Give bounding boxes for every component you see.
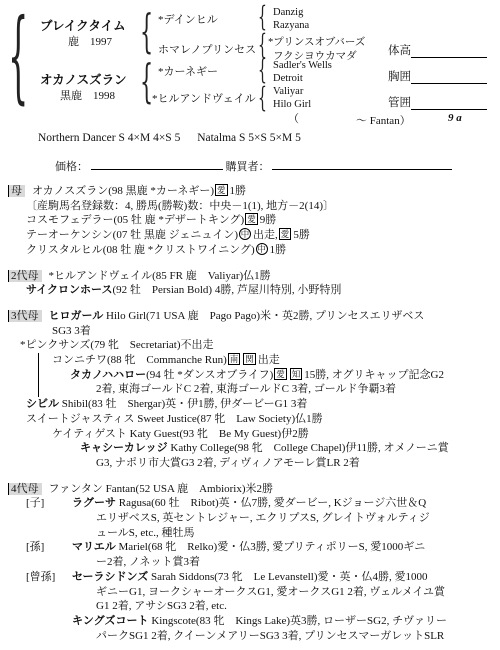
pedigree-line: 〔産駒馬名登録数：4, 勝馬(勝鞍)数：中央－1(1), 地方－2(14)〕 bbox=[0, 199, 500, 214]
text-segment: *ヒルアンドヴェイル(85 FR 鹿 Valiyar)仏1勝 bbox=[49, 270, 271, 282]
sire-sire-brace bbox=[258, 3, 267, 31]
dam-dam: *ヒルアンドヴェイル bbox=[152, 90, 256, 106]
pedigree-line: 3代母ヒロガール Hilo Girl(71 USA 鹿 Pago Pago)米・… bbox=[0, 309, 500, 324]
inbreeding-natalma: Natalma S 5×S 5×M 5 bbox=[197, 132, 301, 144]
region-mark: 知 bbox=[290, 368, 303, 380]
family-number: 9 a bbox=[448, 112, 462, 124]
relation-tag: [孫] bbox=[26, 540, 72, 555]
text-segment: Hilo Girl(71 USA 鹿 Pago Pago)米・英2勝, プリンセ… bbox=[103, 310, 424, 322]
pedigree-line: 2着, 東海ゴールドC 2着, 東海ゴールドC 3着, ゴールド争覇3着 bbox=[0, 382, 500, 397]
sire-name: ブレイクタイム bbox=[40, 16, 126, 34]
text-segment: Shibil(83 牡 Shergar)英・伊1勝, 伊ダービーG1 3着 bbox=[59, 398, 307, 410]
pedigree-line: シビル Shibil(83 牡 Shergar)英・伊1勝, 伊ダービーG1 3… bbox=[0, 397, 500, 412]
pedigree-line: コスモフェデラー(05 牡 鹿 *デザートキング)愛9勝 bbox=[0, 213, 500, 228]
text-segment: コスモフェデラー(05 牡 鹿 *デザートキング) bbox=[26, 214, 244, 226]
pedigree-line: [子]ラグーサ Ragusa(60 牡 Ribot)英・仏7勝, 愛ダービー, … bbox=[0, 496, 500, 511]
height-label: 体高 bbox=[388, 42, 411, 58]
pedigree-line: [孫]マリエル Mariel(68 牝 Relko)愛・仏3勝, 愛プリティポリ… bbox=[0, 540, 500, 555]
text-segment: 9勝 bbox=[260, 214, 277, 226]
pedigree-line: [曾孫]セーラシドンズ Sarah Siddons(73 牝 Le Levans… bbox=[0, 570, 500, 585]
sire-sire: *デインヒル bbox=[158, 11, 218, 27]
pedigree-line: 2代母*ヒルアンドヴェイル(85 FR 鹿 Valiyar)仏1勝 bbox=[0, 269, 500, 284]
relation-tag: [曾孫] bbox=[26, 570, 72, 585]
pedigree-line: G1 2着, アサシSG3 2着, etc. bbox=[0, 599, 500, 614]
jra-mark: 中 bbox=[239, 228, 251, 240]
cannon-blank bbox=[411, 97, 487, 110]
text-segment: エリザベスS, 英セントレジャー, エクリプスS, グレイトヴォルティジ bbox=[96, 512, 430, 524]
text-segment: 出走 bbox=[258, 354, 280, 366]
text-segment: クリスタルヒル(08 牡 鹿 *クリストワイニング) bbox=[26, 244, 255, 256]
pedigree-line: コンニチワ(88 牝 Commanche Run)南関出走 bbox=[0, 353, 500, 368]
pedigree-line: *ピンクサンズ(79 牝 Secretariat)不出走 bbox=[0, 338, 500, 353]
ggp-valiyar: Valiyar bbox=[273, 86, 303, 97]
section-granddam: 2代母*ヒルアンドヴェイル(85 FR 鹿 Valiyar)仏1勝サイクロンホー… bbox=[0, 269, 500, 298]
girth-label: 胸囲 bbox=[388, 68, 411, 84]
section-label-dam: 母 bbox=[8, 185, 25, 197]
horse-name: ヒロガール bbox=[49, 310, 104, 322]
horse-name: キングズコート bbox=[72, 615, 149, 627]
pedigree-line: クリスタルヒル(08 牡 鹿 *クリストワイニング)中1勝 bbox=[0, 243, 500, 258]
pedigree-line: キャシーカレッジ Kathy College(98 牝 College Chap… bbox=[0, 441, 500, 456]
measurement-girth: 胸囲 bbox=[388, 68, 487, 84]
horse-name: マリエル bbox=[72, 541, 116, 553]
inbreeding-northern-dancer: Northern Dancer S 4×M 4×S 5 bbox=[38, 132, 180, 144]
text-segment: Mariel(68 牝 Relko)愛・仏3勝, 愛プリティポリーS, 愛100… bbox=[116, 541, 426, 553]
text-segment: パークSG1 2着, クイーンメアリーSG3 3着, プリンセスマーガレットSL… bbox=[96, 630, 444, 642]
sale-row: 価格： 購買者： bbox=[0, 157, 500, 173]
pedigree-line: スイートジャスティス Sweet Justice(87 牝 Law Societ… bbox=[0, 412, 500, 427]
text-segment: 1勝 bbox=[230, 185, 247, 197]
pedigree-line: ー2着, ノネット賞3着 bbox=[0, 555, 500, 570]
dam-color-year: 黒鹿 1998 bbox=[60, 87, 115, 103]
ggp-danzig: Danzig bbox=[273, 7, 303, 18]
cannon-label: 管囲 bbox=[388, 94, 411, 110]
family-line-text: ～ Fantan） bbox=[356, 112, 411, 128]
text-segment: 出走, bbox=[253, 229, 278, 241]
dam-sire-brace bbox=[258, 56, 267, 84]
region-mark: 関 bbox=[243, 353, 256, 365]
text-segment: G3, ナポリ市大賞G3 2着, ディヴィノアモーレ賞LR 2着 bbox=[96, 457, 360, 469]
price-blank bbox=[91, 157, 223, 170]
girth-blank bbox=[411, 71, 487, 84]
text-segment: 5勝 bbox=[293, 229, 310, 241]
horse-name: キャシーカレッジ bbox=[80, 442, 168, 454]
family-open-paren: （ bbox=[288, 110, 299, 126]
sire-brace bbox=[140, 8, 153, 54]
pedigree-line: タカノハハロー(94 牡 *ダンスオブライフ)愛知15勝, オグリキャップ記念G… bbox=[0, 368, 500, 383]
section-label-granddam: 2代母 bbox=[8, 270, 42, 282]
region-mark: 愛 bbox=[245, 213, 258, 225]
dam-dam-brace bbox=[258, 84, 267, 112]
horse-name: サイクロンホース bbox=[26, 284, 112, 296]
ggp-hilo-girl: Hilo Girl bbox=[273, 99, 311, 110]
text-segment: (92 牡 Persian Bold) 4勝, 芦屋川特別, 小野特別 bbox=[112, 284, 341, 296]
ggp-razyana: Razyana bbox=[273, 20, 309, 31]
jra-mark: 中 bbox=[256, 243, 268, 255]
pedigree-line: パークSG1 2着, クイーンメアリーSG3 3着, プリンセスマーガレットSL… bbox=[0, 629, 500, 644]
text-segment: スイートジャスティス Sweet Justice(87 牝 Law Societ… bbox=[26, 413, 323, 425]
text-segment: Ragusa(60 牡 Ribot)英・仏7勝, 愛ダービー, Kジョージ六世＆… bbox=[116, 497, 426, 509]
section-4th-dam: 4代母ファンタン Fantan(52 USA 鹿 Ambiorix)米2勝[子]… bbox=[0, 482, 500, 644]
pedigree-line: ケイティゲスト Katy Guest(93 牝 Be My Guest)伊2勝 bbox=[0, 427, 500, 442]
section-label-3rd-dam: 3代母 bbox=[8, 310, 42, 322]
text-segment: コンニチワ(88 牝 Commanche Run) bbox=[52, 354, 227, 366]
pedigree-line: ギニーG1, ヨークシャーオークスG1, 愛オークスG1 2着, ヴェルメイユ賞 bbox=[0, 585, 500, 600]
measurement-height: 体高 bbox=[388, 42, 487, 58]
horse-name: タカノハハロー bbox=[70, 369, 146, 381]
dam-sire: *カーネギー bbox=[158, 63, 218, 79]
pedigree-page: ブレイクタイム 鹿 1997 オカノスズラン 黒鹿 1998 *デインヒル ホマ… bbox=[0, 0, 500, 650]
text-segment: ケイティゲスト Katy Guest(93 牝 Be My Guest)伊2勝 bbox=[52, 428, 309, 440]
height-blank bbox=[411, 45, 487, 58]
region-mark: 南 bbox=[228, 353, 241, 365]
text-segment: オカノスズラン(98 黒鹿 *カーネギー) bbox=[32, 185, 214, 197]
pedigree-line: サイクロンホース(92 牡 Persian Bold) 4勝, 芦屋川特別, 小… bbox=[0, 283, 500, 298]
text-segment: 〔産駒馬名登録数：4, 勝馬(勝鞍)数：中央－1(1), 地方－2(14)〕 bbox=[26, 200, 334, 212]
pedigree-line: キングズコート Kingscote(83 牝 Kings Lake)英3勝, ロ… bbox=[0, 614, 500, 629]
horse-name: セーラシドンズ bbox=[72, 571, 148, 583]
region-mark: 愛 bbox=[215, 184, 228, 196]
text-segment: (94 牡 *ダンスオブライフ) bbox=[146, 369, 273, 381]
pedigree-line: 4代母ファンタン Fantan(52 USA 鹿 Ambiorix)米2勝 bbox=[0, 482, 500, 497]
text-segment: Kathy College(98 牝 College Chapel)伊11勝, … bbox=[168, 442, 449, 454]
buyer-label: 購買者： bbox=[226, 161, 270, 173]
horse-name: ラグーサ bbox=[72, 497, 116, 509]
relation-tag: [子] bbox=[26, 496, 72, 511]
text-segment: Sarah Siddons(73 牝 Le Levanstell)愛・英・仏4勝… bbox=[148, 571, 427, 583]
text-segment: G1 2着, アサシSG3 2着, etc. bbox=[96, 600, 227, 612]
text-segment: ュールS, etc., 種牡馬 bbox=[96, 527, 194, 539]
text-segment: 15勝, オグリキャップ記念G2 bbox=[304, 369, 444, 381]
ggp-prince-of-birds: *プリンスオブバーズ bbox=[268, 34, 365, 49]
text-segment: ギニーG1, ヨークシャーオークスG1, 愛オークスG1 2着, ヴェルメイユ賞 bbox=[96, 586, 445, 598]
text-segment: *ピンクサンズ(79 牝 Secretariat)不出走 bbox=[20, 339, 214, 351]
pedigree-line: 母オカノスズラン(98 黒鹿 *カーネギー)愛1勝 bbox=[0, 184, 500, 199]
pedigree-line: G3, ナポリ市大賞G3 2着, ディヴィノアモーレ賞LR 2着 bbox=[0, 456, 500, 471]
buyer-blank bbox=[272, 157, 452, 170]
inbreeding-row: Northern Dancer S 4×M 4×S 5 Natalma S 5×… bbox=[0, 132, 500, 144]
region-mark: 愛 bbox=[279, 228, 292, 240]
ggp-detroit: Detroit bbox=[273, 73, 303, 84]
sire-dam: ホマレノプリンセス bbox=[158, 41, 256, 57]
pedigree-line: テーオーケンシン(07 牡 黒鹿 ジェニュイン)中出走,愛5勝 bbox=[0, 228, 500, 243]
text-segment: ファンタン Fantan(52 USA 鹿 Ambiorix)米2勝 bbox=[49, 483, 274, 495]
pedigree-line: SG3 3着 bbox=[0, 324, 500, 339]
section-3rd-dam: 3代母ヒロガール Hilo Girl(71 USA 鹿 Pago Pago)米・… bbox=[0, 309, 500, 471]
measurement-cannon: 管囲 bbox=[388, 94, 487, 110]
dam-name: オカノスズラン bbox=[40, 70, 127, 88]
text-segment: ー2着, ノネット賞3着 bbox=[96, 556, 200, 568]
pedigree-line: エリザベスS, 英セントレジャー, エクリプスS, グレイトヴォルティジ bbox=[0, 511, 500, 526]
price-label: 価格： bbox=[55, 161, 88, 173]
text-segment: Kingscote(83 牝 Kings Lake)英3勝, ローザーSG2, … bbox=[149, 615, 447, 627]
text-segment: テーオーケンシン(07 牡 黒鹿 ジェニュイン) bbox=[26, 229, 238, 241]
sire-color-year: 鹿 1997 bbox=[68, 33, 112, 49]
text-segment: SG3 3着 bbox=[52, 325, 91, 337]
outer-brace bbox=[8, 6, 28, 106]
text-segment: 2着, 東海ゴールドC 2着, 東海ゴールドC 3着, ゴールド争覇3着 bbox=[96, 383, 396, 395]
text-segment: 1勝 bbox=[270, 244, 287, 256]
section-dam: 母オカノスズラン(98 黒鹿 *カーネギー)愛1勝〔産駒馬名登録数：4, 勝馬(… bbox=[0, 184, 500, 258]
horse-name: シビル bbox=[26, 398, 59, 410]
pedigree-tree: ブレイクタイム 鹿 1997 オカノスズラン 黒鹿 1998 *デインヒル ホマ… bbox=[0, 0, 500, 128]
pedigree-line: ュールS, etc., 種牡馬 bbox=[0, 526, 500, 541]
region-mark: 愛 bbox=[274, 368, 287, 380]
ggp-sadlers-wells: Sadler's Wells bbox=[273, 60, 332, 71]
section-label-4th-dam: 4代母 bbox=[8, 483, 42, 495]
